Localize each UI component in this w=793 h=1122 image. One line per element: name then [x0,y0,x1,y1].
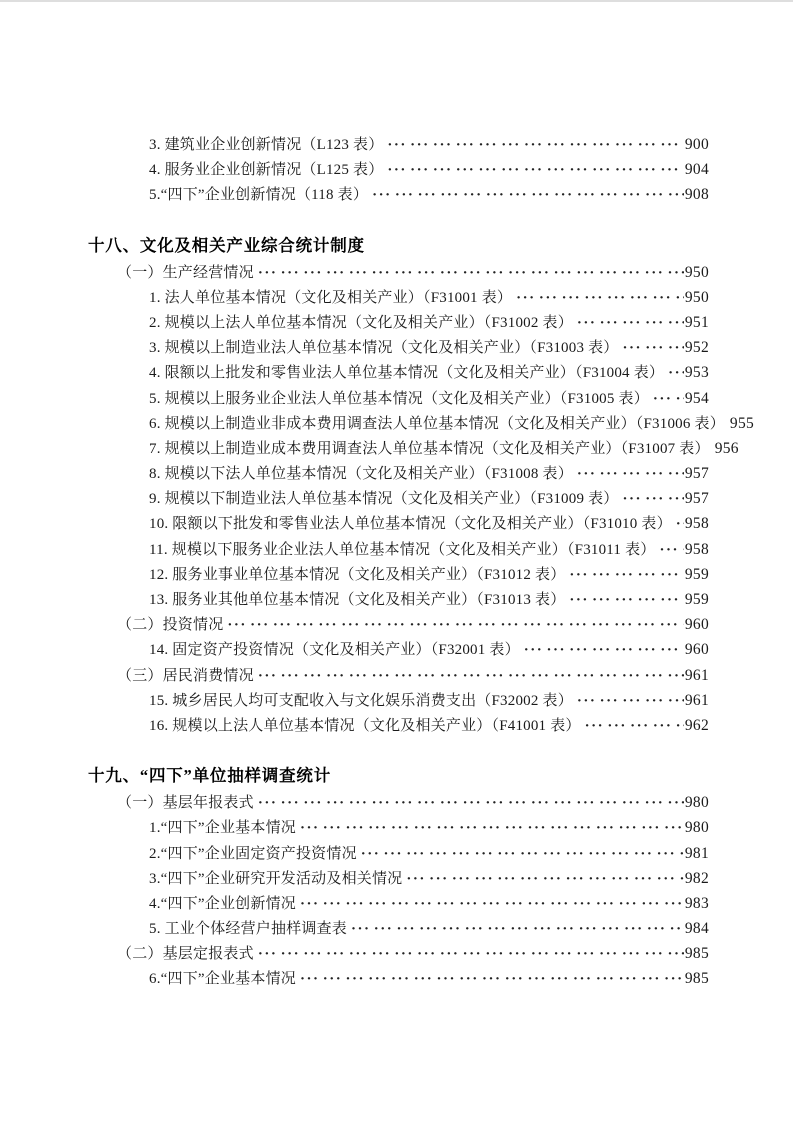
toc-entry: 13. 服务业其他单位基本情况（文化及相关产业）（F31013 表）959 [88,588,709,613]
dot-leader [623,491,684,509]
toc-entry-page: 908 [685,186,709,204]
dot-leader [406,871,683,889]
toc-entry: 6.“四下”企业基本情况985 [88,967,709,992]
toc-entry-label: 6.“四下”企业基本情况 [149,967,296,988]
toc-entry-label: 15. 城乡居民人均可支配收入与文化娱乐消费支出（F32002 表） [149,689,573,710]
toc-entry-page: 981 [685,845,709,863]
toc-entry-page: 955 [730,415,754,433]
toc-entry: 6. 规模以上制造业非成本费用调查法人单位基本情况（文化及相关产业）（F3100… [88,412,709,437]
toc-entry-page: 900 [685,136,709,154]
toc-entry-label: 16. 规模以上法人单位基本情况（文化及相关产业）（F41001 表） [149,714,581,735]
toc-entry-page: 950 [685,264,709,282]
toc-entry-label: （一）基层年报表式 [117,791,254,812]
toc-entry-label: 14. 固定资产投资情况（文化及相关产业）（F32001 表） [149,638,520,659]
toc-entry: 14. 固定资产投资情况（文化及相关产业）（F32001 表）960 [88,638,709,663]
toc-page: 3. 建筑业企业创新情况（L123 表）9004. 服务业企业创新情况（L125… [0,0,793,1122]
dot-leader [387,162,683,180]
dot-leader [585,718,684,736]
toc-entry: 15. 城乡居民人均可支配收入与文化娱乐消费支出（F32002 表）961 [88,689,709,714]
toc-entry-page: 983 [685,895,709,913]
toc-entry: 2. 规模以上法人单位基本情况（文化及相关产业）（F31002 表）951 [88,311,709,336]
toc-entry: 7. 规模以上制造业成本费用调查法人单位基本情况（文化及相关产业）（F31007… [88,437,709,462]
toc-entry-label: （二）投资情况 [117,613,223,634]
toc-entry-page: 951 [685,314,709,332]
dot-leader [258,265,684,283]
toc-entry-page: 961 [685,692,709,710]
toc-entry-label: 4. 服务业企业创新情况（L125 表） [149,158,383,179]
toc-entry-page: 982 [685,870,709,888]
toc-section-title: 十八、文化及相关产业综合统计制度 [88,233,709,259]
toc-entry: 12. 服务业事业单位基本情况（文化及相关产业）（F31012 表）959 [88,563,709,588]
dot-leader [668,365,684,383]
toc-entry-label: 12. 服务业事业单位基本情况（文化及相关产业）（F31012 表） [149,563,565,584]
toc-entry-page: 957 [685,490,709,508]
dot-leader [258,668,684,686]
toc-entry-page: 952 [685,339,709,357]
dot-leader [569,567,683,585]
dot-leader [577,315,684,333]
toc-entry-page: 956 [715,440,739,458]
dot-leader [623,340,684,358]
toc-section: 十八、文化及相关产业综合统计制度（一）生产经营情况9501. 法人单位基本情况（… [88,233,709,740]
toc-entry: 9. 规模以下制造业法人单位基本情况（文化及相关产业）（F31009 表）957 [88,487,709,512]
toc-entry-page: 904 [685,161,709,179]
dot-leader [524,642,684,660]
toc-entry-label: （一）生产经营情况 [117,261,254,282]
toc-entry-page: 960 [685,616,709,634]
toc-entry-label: 8. 规模以下法人单位基本情况（文化及相关产业）（F31008 表） [149,462,573,483]
toc-entry: 4. 服务业企业创新情况（L125 表）904 [88,158,709,183]
toc-entry-label: 5. 规模以上服务业企业法人单位基本情况（文化及相关产业）（F31005 表） [149,387,649,408]
dot-leader [300,820,684,838]
toc-entry-page: 959 [685,566,709,584]
toc-entry-label: 5. 工业个体经营户抽样调查表 [149,917,347,938]
toc-entry: （一）生产经营情况950 [88,261,709,286]
dot-leader [258,946,684,964]
toc-entry: 8. 规模以下法人单位基本情况（文化及相关产业）（F31008 表）957 [88,462,709,487]
toc-section: 十九、“四下”单位抽样调查统计（一）基层年报表式9801.“四下”企业基本情况9… [88,763,709,993]
dot-leader [361,846,684,864]
toc-entry-page: 953 [685,364,709,382]
toc-entry-page: 950 [685,289,709,307]
toc-entry: （二）投资情况960 [88,613,709,638]
toc-entry-label: 4. 限额以上批发和零售业法人单位基本情况（文化及相关产业）（F31004 表） [149,361,664,382]
toc-entry-label: 3. 建筑业企业创新情况（L123 表） [149,133,383,154]
toc-entry: （一）基层年报表式980 [88,791,709,816]
dot-leader [569,592,683,610]
toc-entry: （二）基层定报表式985 [88,942,709,967]
dot-leader [300,971,684,989]
toc-entry-label: 9. 规模以下制造业法人单位基本情况（文化及相关产业）（F31009 表） [149,487,619,508]
toc-entry: 3. 建筑业企业创新情况（L123 表）900 [88,133,709,158]
toc-entry-page: 984 [685,920,709,938]
toc-entry: 5.“四下”企业创新情况（118 表）908 [88,183,709,208]
toc-entry-page: 958 [685,515,709,533]
toc-entry-label: （二）基层定报表式 [117,942,254,963]
dot-leader [300,896,684,914]
toc-entry-page: 962 [685,717,709,735]
toc-entry: 11. 规模以下服务业企业法人单位基本情况（文化及相关产业）（F31011 表）… [88,538,709,563]
toc-content: 3. 建筑业企业创新情况（L123 表）9004. 服务业企业创新情况（L125… [0,0,793,993]
toc-entry-label: 7. 规模以上制造业成本费用调查法人单位基本情况（文化及相关产业）（F31007… [149,437,710,458]
dot-leader [351,921,684,939]
toc-entry-label: （三）居民消费情况 [117,664,254,685]
toc-entry-page: 985 [685,970,709,988]
dot-leader [659,542,683,560]
toc-section-title: 十九、“四下”单位抽样调查统计 [88,763,709,789]
toc-entry-label: 3. 规模以上制造业法人单位基本情况（文化及相关产业）（F31003 表） [149,336,619,357]
toc-entry-label: 6. 规模以上制造业非成本费用调查法人单位基本情况（文化及相关产业）（F3100… [149,412,725,433]
toc-entry-label: 3.“四下”企业研究开发活动及相关情况 [149,867,402,888]
toc-entry-label: 4.“四下”企业创新情况 [149,892,296,913]
toc-entry-page: 980 [685,819,709,837]
toc-entry: 1.“四下”企业基本情况980 [88,816,709,841]
toc-continuation-block: 3. 建筑业企业创新情况（L123 表）9004. 服务业企业创新情况（L125… [88,133,709,209]
toc-entry-page: 959 [685,591,709,609]
dot-leader [676,516,684,534]
toc-entry-page: 980 [685,794,709,812]
dot-leader [577,466,684,484]
toc-entry-label: 11. 规模以下服务业企业法人单位基本情况（文化及相关产业）（F31011 表） [149,538,655,559]
toc-entry: 5. 规模以上服务业企业法人单位基本情况（文化及相关产业）（F31005 表）9… [88,387,709,412]
toc-entry: 3.“四下”企业研究开发活动及相关情况982 [88,867,709,892]
toc-entry: 5. 工业个体经营户抽样调查表984 [88,917,709,942]
toc-entry-page: 954 [685,390,709,408]
dot-leader [387,137,683,155]
toc-entry-label: 13. 服务业其他单位基本情况（文化及相关产业）（F31013 表） [149,588,565,609]
toc-entry: 4. 限额以上批发和零售业法人单位基本情况（文化及相关产业）（F31004 表）… [88,361,709,386]
toc-entry: （三）居民消费情况961 [88,664,709,689]
dot-leader [372,187,684,205]
toc-entry: 2.“四下”企业固定资产投资情况981 [88,842,709,867]
toc-entry: 10. 限额以下批发和零售业法人单位基本情况（文化及相关产业）（F31010 表… [88,512,709,537]
toc-entry-page: 960 [685,641,709,659]
toc-entry-page: 957 [685,465,709,483]
toc-entry: 4.“四下”企业创新情况983 [88,892,709,917]
toc-entry: 3. 规模以上制造业法人单位基本情况（文化及相关产业）（F31003 表）952 [88,336,709,361]
dot-leader [258,795,684,813]
toc-entry-label: 5.“四下”企业创新情况（118 表） [149,183,368,204]
toc-entry-label: 2.“四下”企业固定资产投资情况 [149,842,357,863]
dot-leader [227,617,683,635]
toc-entry-label: 2. 规模以上法人单位基本情况（文化及相关产业）（F31002 表） [149,311,573,332]
toc-entry: 1. 法人单位基本情况（文化及相关产业）（F31001 表）950 [88,286,709,311]
toc-entry-page: 985 [685,945,709,963]
toc-entry-label: 1.“四下”企业基本情况 [149,816,296,837]
toc-entry-page: 958 [685,541,709,559]
dot-leader [516,290,684,308]
toc-entry-page: 961 [685,667,709,685]
dot-leader [653,391,684,409]
toc-entry: 16. 规模以上法人单位基本情况（文化及相关产业）（F41001 表）962 [88,714,709,739]
toc-entry-label: 10. 限额以下批发和零售业法人单位基本情况（文化及相关产业）（F31010 表… [149,512,672,533]
dot-leader [577,693,684,711]
toc-entry-label: 1. 法人单位基本情况（文化及相关产业）（F31001 表） [149,286,512,307]
